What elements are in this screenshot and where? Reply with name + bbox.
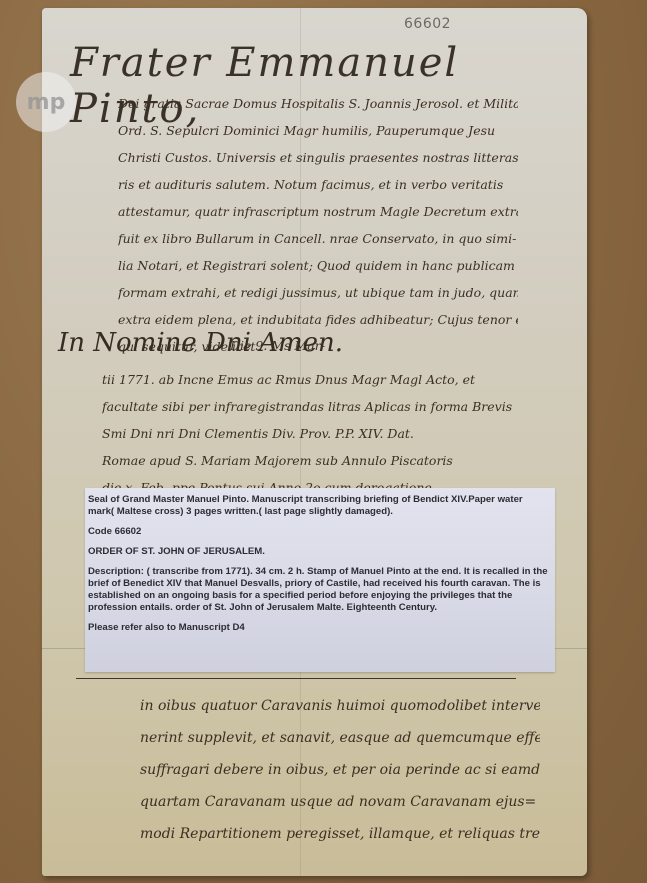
label-reference: Please refer also to Manuscript D4 — [88, 622, 549, 634]
handwriting-block-2: Die 9. Ms Mar- — [230, 332, 525, 359]
handwriting-line: Dei gratia Sacrae Domus Hospitalis S. Jo… — [118, 90, 518, 117]
watermark-logo-icon: mp — [16, 72, 76, 132]
handwriting-line: ris et audituris salutem. Notum facimus,… — [118, 171, 518, 198]
label-divider — [76, 678, 516, 679]
handwriting-line: in oibus quatuor Caravanis huimoi quomod… — [140, 690, 540, 722]
handwriting-line: Ord. S. Sepulcri Dominici Magr humilis, … — [118, 117, 518, 144]
inventory-code: 66602 — [404, 16, 451, 32]
handwriting-block-4: in oibus quatuor Caravanis huimoi quomod… — [140, 690, 540, 850]
handwriting-line: Romae apud S. Mariam Majorem sub Annulo … — [102, 447, 522, 474]
handwriting-line: attestamur, quatr infrascriptum nostrum … — [118, 198, 518, 225]
handwriting-line: Smi Dni nri Dni Clementis Div. Prov. P.P… — [102, 420, 522, 447]
label-order: ORDER OF ST. JOHN OF JERUSALEM. — [88, 546, 549, 558]
handwriting-line: modi Repartitionem peregisset, illamque,… — [140, 818, 540, 850]
label-code: Code 66602 — [88, 526, 549, 538]
handwriting-line: lia Notari, et Registrari solent; Quod q… — [118, 252, 518, 279]
handwriting-line: Die 9. Ms Mar- — [230, 332, 525, 359]
handwriting-line: nerint supplevit, et sanavit, easque ad … — [140, 722, 540, 754]
handwriting-block-1: Dei gratia Sacrae Domus Hospitalis S. Jo… — [118, 90, 518, 360]
handwriting-line: quartam Caravanam usque ad novam Caravan… — [140, 786, 540, 818]
handwriting-line: formam extrahi, et redigi jussimus, ut u… — [118, 279, 518, 306]
description-label-card: Seal of Grand Master Manuel Pinto. Manus… — [85, 488, 555, 672]
label-description: Description: ( transcribe from 1771). 34… — [88, 566, 549, 614]
handwriting-line: facultate sibi per infraregistrandas lit… — [102, 393, 522, 420]
handwriting-line: tii 1771. ab Incne Emus ac Rmus Dnus Mag… — [102, 366, 522, 393]
handwriting-line: Christi Custos. Universis et singulis pr… — [118, 144, 518, 171]
handwriting-line: fuit ex libro Bullarum in Cancell. nrae … — [118, 225, 518, 252]
handwriting-line: suffragari debere in oibus, et per oia p… — [140, 754, 540, 786]
label-summary: Seal of Grand Master Manuel Pinto. Manus… — [88, 494, 549, 518]
